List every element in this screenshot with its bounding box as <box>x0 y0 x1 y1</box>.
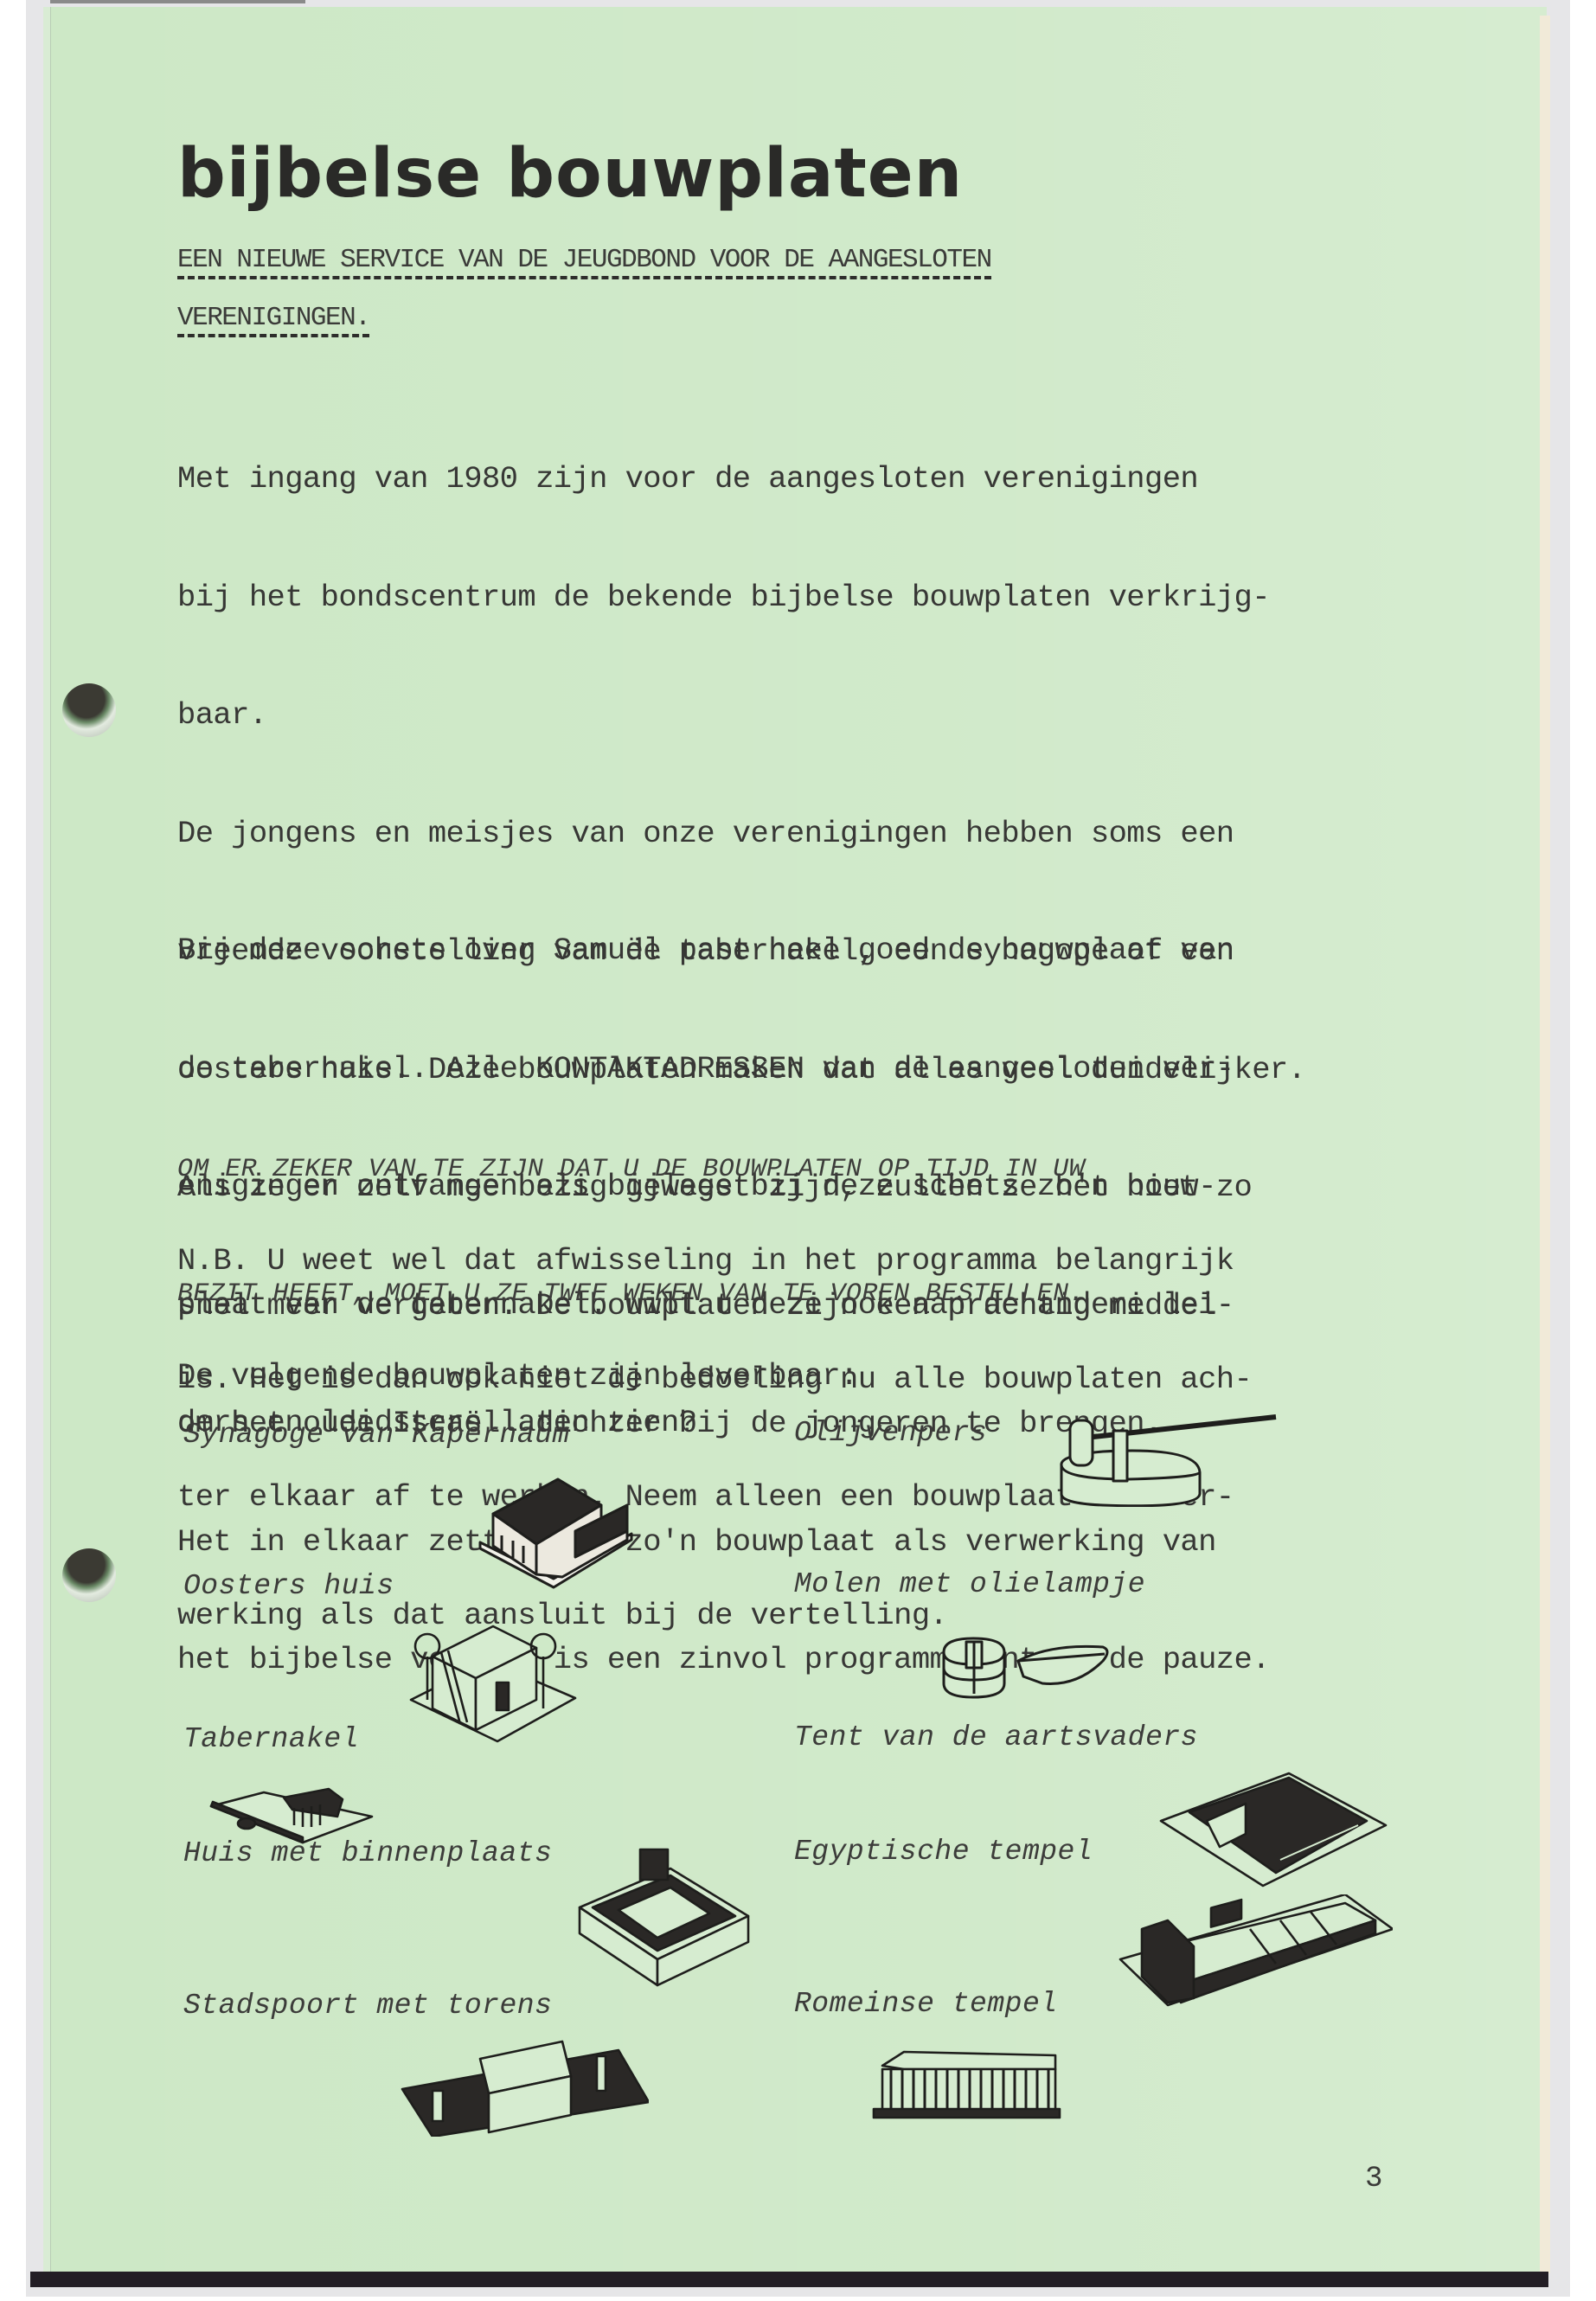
synagogue-model-icon <box>471 1466 636 1592</box>
text-line: De jongens en meisjes van onze verenigin… <box>177 814 1449 854</box>
model-label-egyptian-temple: Egyptische tempel <box>794 1836 1093 1868</box>
mill-and-oil-lamp-icon <box>939 1626 1215 1704</box>
subheading-line-2: VERENIGINGEN. <box>177 303 369 337</box>
city-gate-icon <box>398 2037 649 2137</box>
eastern-house-icon <box>407 1613 588 1743</box>
model-label-olive-press: Olijvenpers <box>794 1417 987 1449</box>
model-label-mill-lamp: Molen met olielampje <box>794 1568 1145 1600</box>
page-left-edge <box>43 7 51 2282</box>
text-line: baar. <box>177 695 1449 735</box>
model-label-tabernacle: Tabernakel <box>183 1723 359 1755</box>
courtyard-house-icon <box>575 1843 757 1990</box>
text-line: Bij deze schets over Samuël past heel go… <box>177 931 1449 971</box>
page-bottom-shadow <box>30 2272 1548 2287</box>
subheading-line-1: EEN NIEUWE SERVICE VAN DE JEUGDBOND VOOR… <box>177 245 991 279</box>
page-right-edge <box>1540 16 1550 2273</box>
text-line: bij het bondscentrum de bekende bijbelse… <box>177 578 1449 618</box>
text-line: N.B. U weet wel dat afwisseling in het p… <box>177 1241 1449 1281</box>
text-line: Met ingang van 1980 zijn voor de aangesl… <box>177 459 1449 499</box>
model-label-synagogue: Synagoge van Kapernaüm <box>183 1419 570 1451</box>
page-top-edge <box>50 0 305 3</box>
model-label-patriarch-tent: Tent van de aartsvaders <box>794 1721 1198 1753</box>
model-label-eastern-house: Oosters huis <box>183 1570 394 1602</box>
page-number: 3 <box>1365 2163 1382 2195</box>
list-intro: De volgende bouwplaten zijn leverbaar: <box>177 1356 1449 1396</box>
model-label-roman-temple: Romeinse tempel <box>794 1988 1058 2020</box>
patriarch-tent-icon <box>1159 1765 1388 1903</box>
tabernacle-icon <box>208 1773 385 1847</box>
egyptian-temple-icon <box>1116 1894 1393 2007</box>
model-label-city-gate: Stadspoort met torens <box>183 1990 552 2022</box>
roman-temple-icon <box>869 2050 1064 2119</box>
punch-hole-icon <box>62 1548 116 1602</box>
punch-hole-icon <box>62 683 116 737</box>
page-title: bijbelse bouwplaten <box>177 140 963 208</box>
olive-press-icon <box>1051 1412 1285 1507</box>
